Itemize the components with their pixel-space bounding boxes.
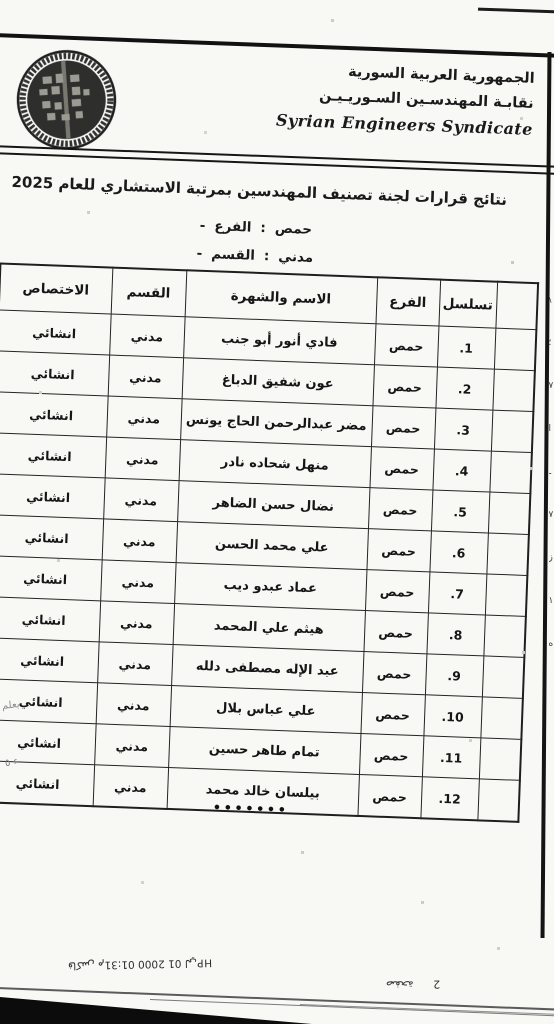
serial-cell: 12. xyxy=(420,777,478,821)
cutoff-cell xyxy=(477,779,519,822)
colon: : xyxy=(260,220,266,236)
section-value: مدني xyxy=(278,249,313,266)
syndicate-seal xyxy=(14,46,120,154)
section-cell: مدني xyxy=(97,642,172,686)
name-cell: عون شفيق الدباغ xyxy=(182,358,374,406)
edge-fragment: ا xyxy=(549,425,554,434)
fax-header-upside-down: HPفاكس م01:31 2000 01 لي xyxy=(14,955,266,972)
specialty-cell: انشائي xyxy=(0,310,111,355)
branch-value: حمص xyxy=(275,221,313,238)
cutoff-cell xyxy=(488,492,530,534)
section-cell: مدني xyxy=(103,478,178,522)
branch-cell: حمص xyxy=(363,611,427,654)
branch-cell: حمص xyxy=(374,324,438,367)
branch-header: الفرع xyxy=(375,277,440,326)
cutoff-cell xyxy=(494,328,536,370)
section-cell: مدني xyxy=(102,519,177,563)
section-cell: مدني xyxy=(96,683,171,727)
specialty-cell: انشائي xyxy=(0,638,99,683)
cutoff-column-header xyxy=(495,282,538,330)
name-cell: منهل شحاده نادر xyxy=(179,440,371,488)
specialty-cell: انشائي xyxy=(0,597,100,642)
scan-artifact-top-line xyxy=(478,8,554,13)
specialty-cell: انشائي xyxy=(0,556,102,601)
branch-cell: حمص xyxy=(357,774,421,818)
page-number-upside-down: صفحة 2 xyxy=(348,977,478,992)
branch-cell: حمص xyxy=(369,447,433,490)
name-cell: نضال حسن الضاهر xyxy=(177,481,369,529)
serial-cell: 9. xyxy=(425,654,483,697)
name-header: الاسم والشهرة xyxy=(185,270,378,323)
branch-cell: حمص xyxy=(359,733,423,776)
dash: - xyxy=(196,246,202,262)
branch-cell: حمص xyxy=(362,652,426,695)
specialty-header: الاختصاص xyxy=(0,263,112,314)
name-cell: علي عباس بلال xyxy=(170,686,362,734)
serial-cell: 1. xyxy=(437,326,495,369)
edge-fragment: ١ xyxy=(549,597,554,606)
serial-cell: 11. xyxy=(422,736,480,779)
section-cell: مدني xyxy=(99,601,174,645)
edge-fragment: ٧ xyxy=(549,382,554,391)
branch-label: الفرع xyxy=(214,218,252,235)
branch-cell: حمص xyxy=(372,365,436,408)
branch-cell: حمص xyxy=(365,570,429,613)
cutoff-cell xyxy=(480,697,522,739)
branch-cell: حمص xyxy=(366,529,430,572)
document-title: نتائج قرارات لجنة تصنيف المهندسين بمرتبة… xyxy=(0,171,548,210)
table-body: 1. حمص فادي أنور أبو جنب مدني انشائي 2. … xyxy=(0,310,536,822)
page-content: الجمهورية العربية السورية نقابـة المهندس… xyxy=(0,30,554,891)
syndicate-seal-icon xyxy=(14,46,120,154)
letterhead-text: الجمهورية العربية السورية نقابـة المهندس… xyxy=(276,58,535,142)
section-cell: مدني xyxy=(94,724,169,768)
branch-cell: حمص xyxy=(368,488,432,531)
serial-cell: 3. xyxy=(434,408,492,451)
pencil-mark: بعلم xyxy=(1,699,20,712)
specialty-cell: انشائي xyxy=(0,351,109,396)
serial-cell: 6. xyxy=(429,531,487,574)
section-header: القسم xyxy=(111,268,187,317)
cutoff-cell xyxy=(485,574,527,616)
edge-glyph-fragments: \؛٧اـ٧ز١ه xyxy=(549,296,554,649)
specialty-cell: انشائي xyxy=(0,433,106,478)
section-label: القسم xyxy=(211,246,255,264)
serial-cell: 7. xyxy=(428,572,486,615)
serial-cell: 10. xyxy=(423,695,481,738)
section-cell: مدني xyxy=(93,765,168,809)
colon: : xyxy=(264,248,270,264)
serial-header: تسلسل xyxy=(438,280,497,329)
cutoff-cell xyxy=(492,369,534,411)
branch-cell: حمص xyxy=(360,693,424,736)
name-cell: هيثم علي المحمد xyxy=(173,604,365,652)
serial-cell: 4. xyxy=(432,449,490,492)
scan-noise xyxy=(0,0,1,1)
cutoff-cell xyxy=(486,533,528,575)
name-cell: عماد عبدو ديب xyxy=(174,563,366,611)
section-cell: مدني xyxy=(106,396,181,440)
name-cell: عبد الإله مصطفى دلله xyxy=(171,645,363,693)
section-cell: مدني xyxy=(108,355,183,399)
edge-fragment: ٧ xyxy=(549,511,554,520)
name-cell: تمام طاهر حسين xyxy=(168,726,360,774)
serial-cell: 8. xyxy=(426,613,484,656)
section-cell: مدني xyxy=(109,314,184,358)
branch-cell: حمص xyxy=(371,406,435,449)
edge-fragment: \ xyxy=(549,296,554,305)
serial-cell: 2. xyxy=(435,367,493,410)
name-cell: علي محمد الحسن xyxy=(176,522,368,570)
edge-fragment: ؛ xyxy=(549,339,554,348)
edge-fragment: ه xyxy=(549,640,554,649)
results-table: تسلسل الفرع الاسم والشهرة القسم الاختصاص… xyxy=(0,262,539,822)
dash: - xyxy=(200,218,206,234)
specialty-cell: انشائي xyxy=(0,392,108,437)
specialty-cell: انشائي xyxy=(0,474,105,519)
cutoff-cell xyxy=(491,410,533,452)
serial-cell: 5. xyxy=(431,490,489,533)
name-cell: مضر عبدالرحمن الحاج يونس xyxy=(180,399,372,447)
cutoff-cell xyxy=(479,738,521,780)
name-cell: فادي أنور أبو جنب xyxy=(183,317,375,365)
scanned-document-page: { "document": { "paper_color": "#f8f8f5"… xyxy=(0,0,554,1024)
cutoff-cell xyxy=(483,615,525,657)
specialty-cell: انشائي xyxy=(0,515,103,560)
section-cell: مدني xyxy=(100,560,175,604)
edge-fragment: ز xyxy=(549,554,554,563)
edge-fragment: ـ xyxy=(549,468,554,477)
section-cell: مدني xyxy=(105,437,180,481)
cutoff-cell xyxy=(482,656,524,698)
cutoff-cell xyxy=(489,451,531,493)
